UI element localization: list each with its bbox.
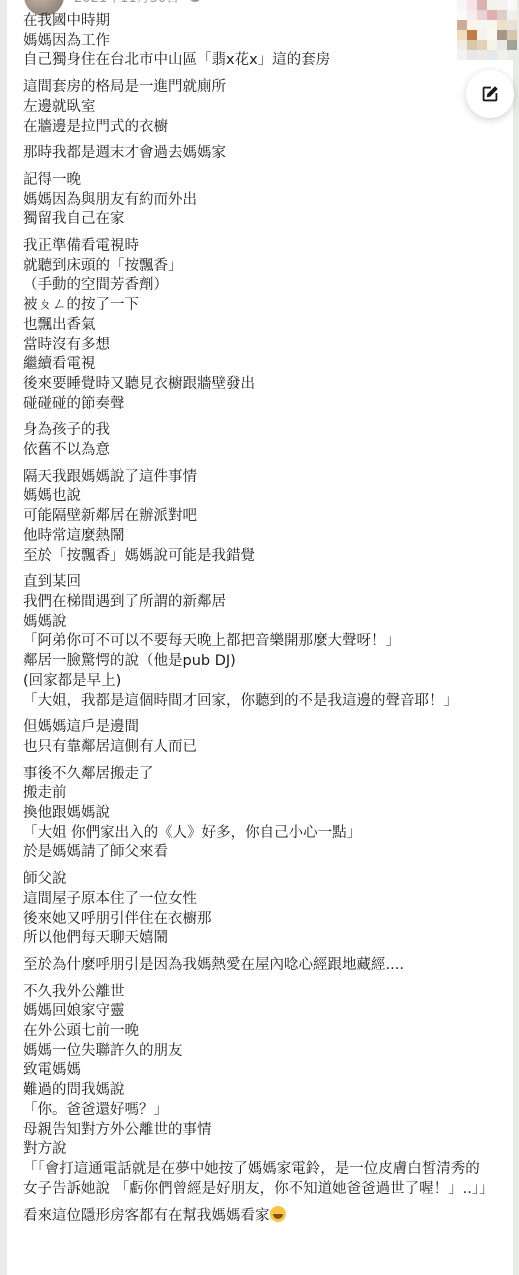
post-line: 碰碰碰的節奏聲 [23, 395, 493, 415]
post-line: 「「會打這通電話就是在夢中她按了媽媽家電鈴，是一位皮膚白皙清秀的女子告訴她說 「… [23, 1160, 493, 1199]
post-paragraph: 但媽媽這戶是邊間也只有靠鄰居這側有人而已 [23, 718, 493, 757]
post-line: 自己獨身住在台北市中山區「翡x花x」這的套房 [23, 51, 493, 71]
grinning-sweat-emoji-icon [270, 1206, 286, 1222]
post-paragraph: 隔天我跟媽媽說了這件事情媽媽也說可能隔壁新鄰居在辦派對吧他時常這麼熱鬧至於「按飄… [23, 468, 493, 567]
post-line: 當時沒有多想 [23, 336, 493, 356]
post-line: 對方說 [23, 1140, 493, 1160]
post-line: 也只有靠鄰居這側有人而已 [23, 738, 493, 758]
post-line: 直到某回 [23, 573, 493, 593]
post-line: 換他跟媽媽說 [23, 804, 493, 824]
post-line: 致電媽媽 [23, 1061, 493, 1081]
post-line: 不久我外公離世 [23, 983, 493, 1003]
post-line: 依舊不以為意 [23, 441, 493, 461]
post-line: 於是媽媽請了師父來看 [23, 843, 493, 863]
post-paragraph: 我正準備看電視時就聽到床頭的「按飄香」（手動的空間芳香劑）被ㄆㄥ的按了一下也飄出… [23, 237, 493, 414]
post-line: 難過的問我媽說 [23, 1081, 493, 1101]
post-line: 但媽媽這戶是邊間 [23, 718, 493, 738]
post-line: 看來這位隱形房客都有在幫我媽媽看家 [23, 1206, 493, 1227]
post-line: 媽媽一位失聯許久的朋友 [23, 1042, 493, 1062]
post-line: 後來她又呼朋引伴住在衣櫥那 [23, 910, 493, 930]
post-line: 媽媽也說 [23, 487, 493, 507]
post-line: 那時我都是週末才會過去媽媽家 [23, 144, 493, 164]
post-line: 「大姐 你們家出入的《人》好多，你自己小心一點」 [23, 824, 493, 844]
post-line: 師父說 [23, 870, 493, 890]
post-line: (回家都是早上) [23, 672, 493, 692]
globe-icon [189, 0, 201, 2]
post-line: 事後不久鄰居搬走了 [23, 765, 493, 785]
post-line: 媽媽說 [23, 613, 493, 633]
post-line: 鄰居一臉驚愕的說（他是pub DJ) [23, 652, 493, 672]
post-paragraph: 身為孩子的我依舊不以為意 [23, 421, 493, 460]
post-line: 身為孩子的我 [23, 421, 493, 441]
post-line: 所以他們每天聊天嬉鬧 [23, 929, 493, 949]
post-line: 媽媽因為與朋友有約而外出 [23, 191, 493, 211]
post-line: 被ㄆㄥ的按了一下 [23, 296, 493, 316]
post-line: 也飄出香氣 [23, 316, 493, 336]
post-line: 後來要睡覺時又聽見衣櫥跟牆壁發出 [23, 375, 493, 395]
post-line: 「阿弟你可不可以不要每天晚上都把音樂開那麼大聲呀！」 [23, 632, 493, 652]
post-paragraph: 記得一晚媽媽因為與朋友有約而外出獨留我自己在家 [23, 171, 493, 230]
post-paragraph: 師父說這間屋子原本住了一位女性後來她又呼朋引伴住在衣櫥那所以他們每天聊天嬉鬧 [23, 870, 493, 949]
post-paragraph: 在我國中時期媽媽因為工作自己獨身住在台北市中山區「翡x花x」這的套房 [23, 12, 493, 71]
post-line: 在牆邊是拉門式的衣櫥 [23, 118, 493, 138]
post-line: 我正準備看電視時 [23, 237, 493, 257]
post-line: 至於為什麼呼朋引是因為我媽熱愛在屋內唸心經跟地藏經.... [23, 956, 493, 976]
post-paragraph: 看來這位隱形房客都有在幫我媽媽看家 [23, 1206, 493, 1227]
post-line: 他時常這麼熱鬧 [23, 527, 493, 547]
post-paragraph: 直到某回我們在梯間遇到了所謂的新鄰居媽媽說「阿弟你可不可以不要每天晚上都把音樂開… [23, 573, 493, 711]
post-paragraph: 不久我外公離世媽媽回娘家守靈在外公頭七前一晚媽媽一位失聯許久的朋友致電媽媽難過的… [23, 983, 493, 1200]
post-line: 繼續看電視 [23, 355, 493, 375]
post-line: 母親告知對方外公離世的事情 [23, 1121, 493, 1141]
post-line: 獨留我自己在家 [23, 210, 493, 230]
post-header: 2021年11月30日 [24, 0, 201, 6]
post-line: 「你。爸爸還好嗎？」 [23, 1101, 493, 1121]
post-paragraph: 那時我都是週末才會過去媽媽家 [23, 144, 493, 164]
post-line: 這間屋子原本住了一位女性 [23, 890, 493, 910]
post-paragraph: 至於為什麼呼朋引是因為我媽熱愛在屋內唸心經跟地藏經.... [23, 956, 493, 976]
post-line: 隔天我跟媽媽說了這件事情 [23, 468, 493, 488]
post-line: 媽媽回娘家守靈 [23, 1002, 493, 1022]
post-line: 我們在梯間遇到了所謂的新鄰居 [23, 593, 493, 613]
post-line: （手動的空間芳香劑） [23, 276, 493, 296]
post-line: 這間套房的格局是一進門就廁所 [23, 78, 493, 98]
post-line: 在外公頭七前一晚 [23, 1022, 493, 1042]
post-paragraph: 事後不久鄰居搬走了搬走前換他跟媽媽說「大姐 你們家出入的《人》好多，你自己小心一… [23, 765, 493, 864]
post-line: 搬走前 [23, 784, 493, 804]
post-paragraph: 這間套房的格局是一進門就廁所左邊就臥室在牆邊是拉門式的衣櫥 [23, 78, 493, 137]
post-body: 在我國中時期媽媽因為工作自己獨身住在台北市中山區「翡x花x」這的套房這間套房的格… [23, 12, 493, 1234]
post-date[interactable]: 2021年11月30日 [74, 0, 179, 6]
post-line: 可能隔壁新鄰居在辦派對吧 [23, 507, 493, 527]
post-line: 在我國中時期 [23, 12, 493, 32]
post-line: 至於「按飄香」媽媽說可能是我錯覺 [23, 547, 493, 567]
post-line: 媽媽因為工作 [23, 32, 493, 52]
post-line: 左邊就臥室 [23, 98, 493, 118]
post-line: 就聽到床頭的「按飄香」 [23, 257, 493, 277]
post-line: 「大姐，我都是這個時間才回家，你聽到的不是我這邊的聲音耶！」 [23, 692, 493, 712]
post-line: 記得一晚 [23, 171, 493, 191]
